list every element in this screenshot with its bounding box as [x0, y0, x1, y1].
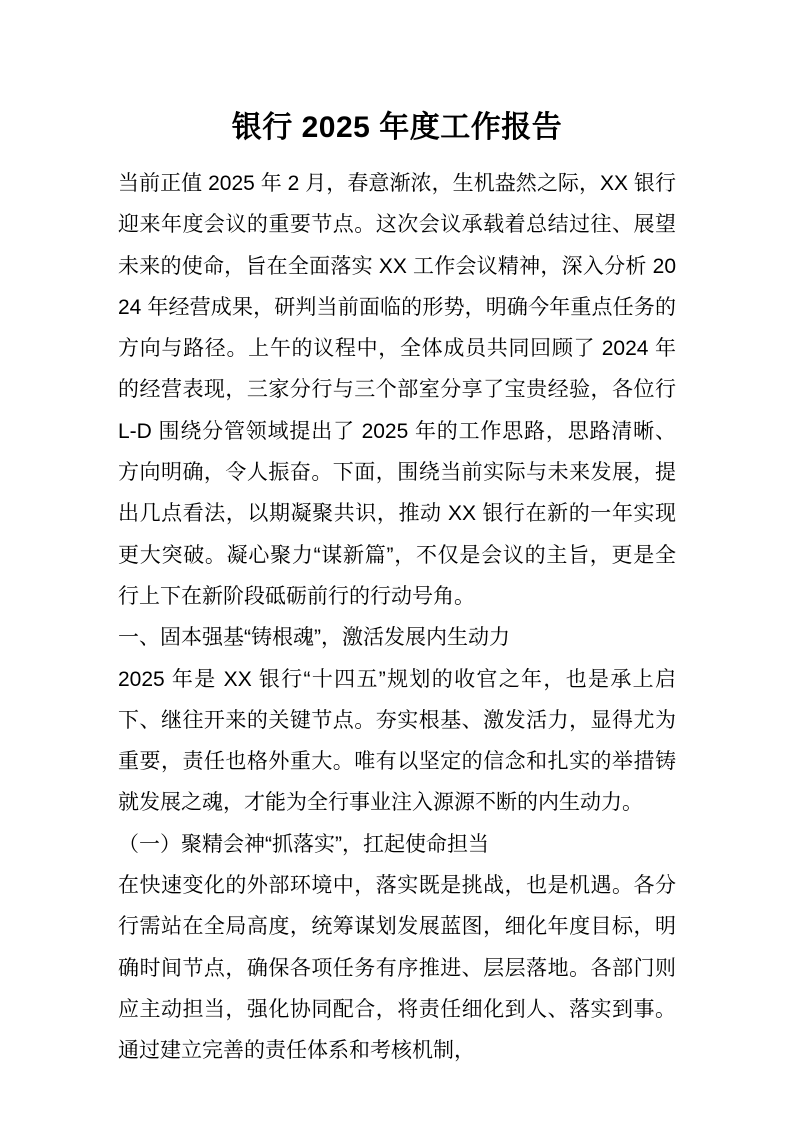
- document-page: 银行 2025 年度工作报告 当前正值 2025 年 2 月，春意渐浓，生机盎然…: [0, 0, 793, 1122]
- paragraph-section-1-intro: 2025 年是 XX 银行“十四五”规划的收官之年，也是承上启下、继往开来的关键…: [118, 659, 676, 824]
- document-title: 银行 2025 年度工作报告: [118, 110, 676, 146]
- paragraph-introduction: 当前正值 2025 年 2 月，春意渐浓，生机盎然之际，XX 银行迎来年度会议的…: [118, 163, 676, 617]
- heading-section-1: 一、固本强基“铸根魂”，激活发展内生动力: [118, 617, 676, 658]
- paragraph-subsection-1-1-body: 在快速变化的外部环境中，落实既是挑战，也是机遇。各分行需站在全局高度，统筹谋划发…: [118, 865, 676, 1071]
- heading-subsection-1-1: （一）聚精会神“抓落实”，扛起使命担当: [118, 824, 676, 865]
